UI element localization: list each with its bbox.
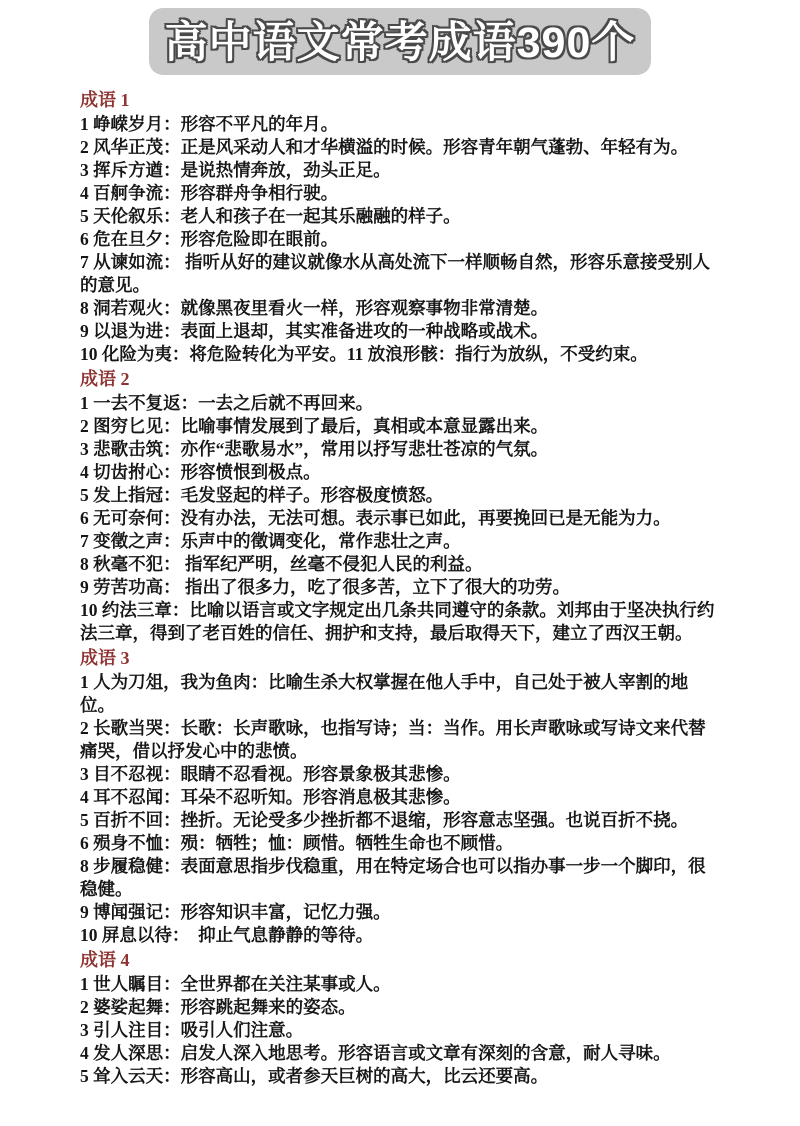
idiom-entry: 8 秋毫不犯： 指军纪严明，丝毫不侵犯人民的利益。 [80, 553, 722, 576]
idiom-entry: 6 无可奈何：没有办法，无法可想。表示事已如此，再要挽回已是无能为力。 [80, 507, 722, 530]
idiom-entry: 8 步履稳健：表面意思指步伐稳重，用在特定场合也可以指办事一步一个脚印，很稳健。 [80, 855, 722, 901]
idiom-entry: 2 婆娑起舞：形容跳起舞来的姿态。 [80, 996, 722, 1019]
idiom-entry: 5 发上指冠：毛发竖起的样子。形容极度愤怒。 [80, 484, 722, 507]
section-heading: 成语 3 [80, 647, 722, 670]
idiom-entry: 7 变徵之声：乐声中的徵调变化，常作悲壮之声。 [80, 530, 722, 553]
idiom-entry: 2 风华正茂：正是风采动人和才华横溢的时候。形容青年朝气蓬勃、年轻有为。 [80, 136, 722, 159]
idiom-list: 成语 11 峥嵘岁月：形容不平凡的年月。2 风华正茂：正是风采动人和才华横溢的时… [80, 89, 722, 1088]
idiom-entry: 5 耸入云天：形容高山，或者参天巨树的高大，比云还要高。 [80, 1065, 722, 1088]
page-title-badge: 高中语文常考成语390个 [149, 8, 652, 75]
idiom-entry: 10 约法三章：比喻以语言或文字规定出几条共同遵守的条款。刘邦由于坚决执行约法三… [80, 599, 722, 645]
idiom-entry: 5 天伦叙乐：老人和孩子在一起其乐融融的样子。 [80, 205, 722, 228]
idiom-entry: 3 悲歌击筑：亦作“悲歌易水”，常用以抒写悲壮苍凉的气氛。 [80, 438, 722, 461]
idiom-entry: 6 危在旦夕：形容危险即在眼前。 [80, 228, 722, 251]
idiom-entry: 1 峥嵘岁月：形容不平凡的年月。 [80, 113, 722, 136]
idiom-entry: 10 屏息以待： 抑止气息静静的等待。 [80, 924, 722, 947]
document-page: 高中语文常考成语390个 成语 11 峥嵘岁月：形容不平凡的年月。2 风华正茂：… [0, 0, 800, 1126]
idiom-entry: 9 博闻强记：形容知识丰富，记忆力强。 [80, 901, 722, 924]
idiom-entry: 8 洞若观火：就像黑夜里看火一样，形容观察事物非常清楚。 [80, 297, 722, 320]
idiom-entry: 10 化险为夷：将危险转化为平安。11 放浪形骸：指行为放纵，不受约束。 [80, 343, 722, 366]
idiom-entry: 4 切齿拊心：形容愤恨到极点。 [80, 461, 722, 484]
section-heading: 成语 2 [80, 368, 722, 391]
idiom-entry: 1 一去不复返：一去之后就不再回来。 [80, 392, 722, 415]
idiom-entry: 3 目不忍视：眼睛不忍看视。形容景象极其悲惨。 [80, 763, 722, 786]
idiom-entry: 6 殒身不恤：殒：牺牲；恤：顾惜。牺牲生命也不顾惜。 [80, 832, 722, 855]
section-heading: 成语 1 [80, 89, 722, 112]
idiom-entry: 3 挥斥方遒：是说热情奔放，劲头正足。 [80, 159, 722, 182]
idiom-entry: 1 世人瞩目：全世界都在关注某事或人。 [80, 973, 722, 996]
page-title: 高中语文常考成语390个 [165, 9, 636, 70]
idiom-entry: 9 以退为进：表面上退却，其实准备进攻的一种战略或战术。 [80, 320, 722, 343]
idiom-entry: 4 耳不忍闻：耳朵不忍听知。形容消息极其悲惨。 [80, 786, 722, 809]
idiom-entry: 4 百舸争流：形容群舟争相行驶。 [80, 182, 722, 205]
idiom-entry: 3 引人注目：吸引人们注意。 [80, 1019, 722, 1042]
idiom-entry: 1 人为刀俎，我为鱼肉：比喻生杀大权掌握在他人手中，自己处于被人宰割的地位。 [80, 671, 722, 717]
idiom-entry: 7 从谏如流： 指听从好的建议就像水从高处流下一样顺畅自然，形容乐意接受别人的意… [80, 251, 722, 297]
idiom-entry: 5 百折不回：挫折。无论受多少挫折都不退缩，形容意志坚强。也说百折不挠。 [80, 809, 722, 832]
idiom-entry: 9 劳苦功高： 指出了很多力，吃了很多苦，立下了很大的功劳。 [80, 576, 722, 599]
idiom-entry: 2 长歌当哭：长歌：长声歌咏，也指写诗；当：当作。用长声歌咏或写诗文来代替痛哭，… [80, 717, 722, 763]
idiom-entry: 2 图穷匕见：比喻事情发展到了最后，真相或本意显露出来。 [80, 415, 722, 438]
section-heading: 成语 4 [80, 949, 722, 972]
idiom-entry: 4 发人深思：启发人深入地思考。形容语言或文章有深刻的含意，耐人寻味。 [80, 1042, 722, 1065]
